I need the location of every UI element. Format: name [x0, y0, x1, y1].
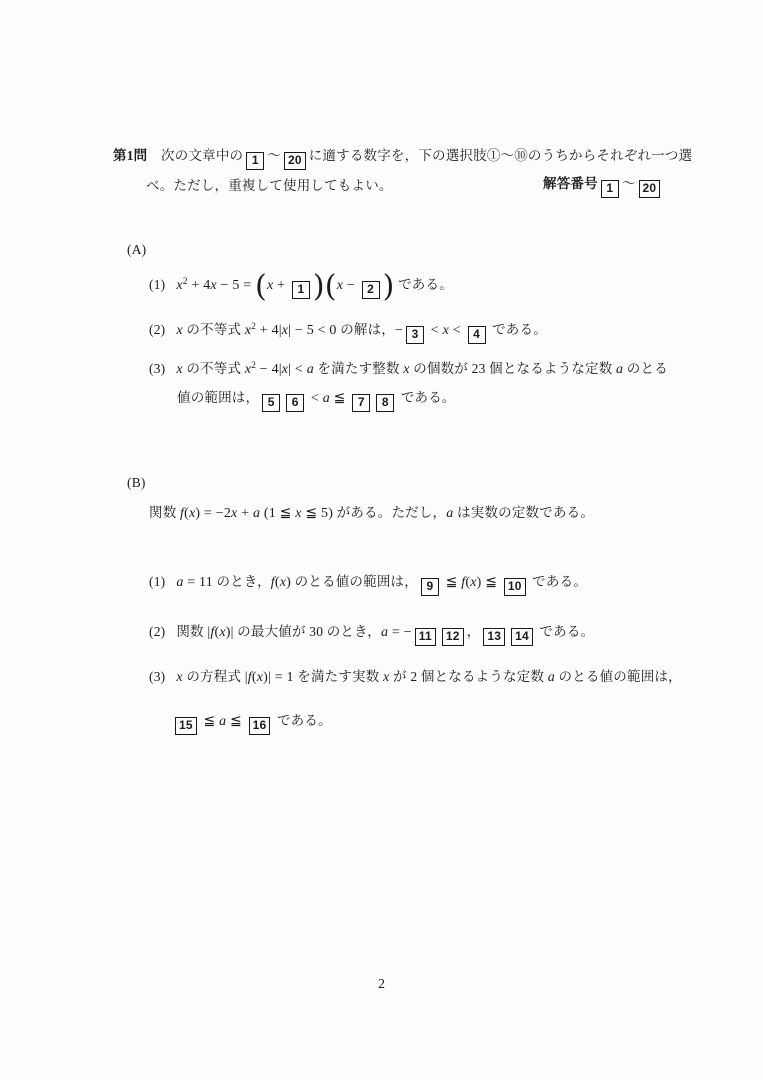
- math-segment: − 5 =: [217, 278, 255, 293]
- item-b3-line1: (3)x の方程式 |f(x)| = 1 を満たす実数 x が 2 個となるよう…: [149, 667, 682, 688]
- item-marker: (2): [149, 322, 165, 337]
- answer-box-10: 10: [504, 578, 526, 596]
- math-segment: +: [237, 506, 253, 521]
- math-segment: a: [323, 391, 330, 406]
- answer-box-5: 5: [262, 394, 280, 412]
- math-segment: | <: [288, 362, 307, 377]
- text-segment: 次の文章中の: [147, 148, 243, 163]
- text-segment: は実数の定数である。: [453, 505, 594, 520]
- answer-box-12: 12: [442, 628, 464, 646]
- text-segment: のとき，: [213, 574, 271, 589]
- math-segment: −: [343, 278, 359, 293]
- math-segment: )|: [226, 625, 234, 640]
- text-segment: (A): [127, 242, 146, 257]
- text-segment: 関数: [149, 505, 180, 520]
- text-segment: が 2 個となるような定数: [389, 669, 547, 684]
- math-segment: a: [176, 575, 183, 590]
- text-segment: である。: [536, 624, 594, 639]
- math-segment: )| = 1: [263, 670, 294, 685]
- text-segment: 値の範囲は，: [177, 390, 259, 405]
- text-segment: である。: [273, 713, 331, 728]
- section-a-label: (A): [127, 240, 146, 260]
- math-segment: ) = −2: [195, 506, 231, 521]
- math-segment: + 4|: [256, 323, 282, 338]
- answer-box-1: 1: [292, 281, 310, 299]
- answer-box-8: 8: [376, 394, 394, 412]
- math-segment: ≦ 5): [302, 506, 333, 521]
- math-segment: −: [395, 323, 403, 338]
- text-segment: がある。ただし，: [333, 505, 446, 520]
- text-segment: である。: [489, 322, 547, 337]
- paren-glyph: ): [313, 269, 325, 304]
- answer-box-6: 6: [286, 394, 304, 412]
- answer-box-16: 16: [249, 717, 271, 735]
- answer-box-20: 20: [284, 152, 306, 170]
- section-b-intro: 関数 f(x) = −2x + a (1 ≦ x ≦ 5) がある。ただし，a …: [149, 503, 594, 524]
- answer-box-3: 3: [406, 326, 424, 344]
- exam-page: 第1問 次の文章中の1〜20に適する数字を，下の選択肢①〜⑩のうちからそれぞれ一…: [0, 0, 763, 1080]
- item-a1: (1)x2 + 4x − 5 = (x + 1)(x − 2) である。: [149, 272, 453, 299]
- item-b3-line2: 15 ≦ a ≦ 16 である。: [172, 711, 332, 735]
- text-segment: 〜: [267, 148, 281, 163]
- item-marker: (1): [149, 574, 165, 589]
- math-segment: +: [273, 278, 289, 293]
- math-segment: (1 ≦: [260, 506, 295, 521]
- answer-box-15: 15: [175, 717, 197, 735]
- math-segment: ) ≦: [477, 575, 501, 590]
- math-segment: ≦: [442, 575, 461, 590]
- math-segment: ≦: [226, 714, 245, 729]
- item-b1: (1)a = 11 のとき，f(x) のとる値の範囲は，9 ≦ f(x) ≦ 1…: [149, 572, 587, 596]
- text-segment: の解は，: [337, 322, 395, 337]
- text-segment: のとる値の範囲は，: [555, 669, 682, 684]
- text-segment: の不等式: [183, 322, 245, 337]
- answer-box-20: 20: [639, 180, 661, 198]
- page-number: 2: [0, 977, 763, 993]
- text-segment: に適する数字を，下の選択肢①〜⑩のうちからそれぞれ一つ選: [309, 148, 693, 163]
- math-segment: − 4|: [256, 362, 282, 377]
- item-a3-line2: 値の範囲は，56 < a ≦ 78 である。: [177, 388, 456, 412]
- text-segment: の個数が 23 個となるような定数: [410, 361, 616, 376]
- math-segment: | − 5 < 0: [288, 323, 336, 338]
- math-segment: ≦: [330, 391, 349, 406]
- item-b2: (2)関数 |f(x)| の最大値が 30 のとき，a = −1112，1314…: [149, 622, 594, 646]
- text-segment: (B): [127, 475, 146, 490]
- problem1-header-line1: 第1問 次の文章中の1〜20に適する数字を，下の選択肢①〜⑩のうちからそれぞれ一…: [113, 146, 692, 170]
- math-segment: a: [307, 362, 314, 377]
- math-segment: = −: [388, 625, 412, 640]
- text-segment: の不等式: [183, 361, 245, 376]
- item-a3-line1: (3)x の不等式 x2 − 4|x| < a を満たす整数 x の個数が 23…: [149, 356, 668, 380]
- answer-box-9: 9: [421, 578, 439, 596]
- answer-box-14: 14: [511, 628, 533, 646]
- text-segment: ，: [467, 624, 481, 639]
- answer-box-2: 2: [362, 281, 380, 299]
- answer-number-range: 解答番号1〜20: [543, 174, 663, 198]
- answer-box-1: 1: [246, 152, 264, 170]
- math-segment: <: [307, 391, 323, 406]
- text-segment: のとる値の範囲は，: [291, 574, 418, 589]
- answer-box-4: 4: [468, 326, 486, 344]
- text-segment: のとる: [623, 361, 668, 376]
- text-segment: である。: [395, 277, 453, 292]
- paren-glyph: ): [383, 269, 395, 304]
- bold-text-segment: 第1問: [113, 148, 147, 163]
- math-segment: <: [427, 323, 443, 338]
- item-marker: (2): [149, 624, 165, 639]
- item-marker: (3): [149, 361, 165, 376]
- text-segment: である。: [529, 574, 587, 589]
- text-segment: の方程式: [183, 669, 245, 684]
- text-segment: の最大値が 30 のとき，: [234, 624, 381, 639]
- bold-text-segment: 解答番号: [543, 176, 598, 191]
- answer-box-1: 1: [601, 180, 619, 198]
- text-segment: 関数: [176, 624, 207, 639]
- text-segment: を満たす実数: [294, 669, 383, 684]
- text-segment: である。: [397, 390, 455, 405]
- text-segment: 〜: [622, 176, 636, 191]
- problem1-header-line2: べ。ただし，重複して使用してもよい。: [146, 176, 393, 196]
- answer-box-7: 7: [352, 394, 370, 412]
- paren-glyph: (: [255, 269, 267, 304]
- answer-box-11: 11: [415, 628, 436, 646]
- math-segment: = 11: [184, 575, 213, 590]
- item-a2: (2)x の不等式 x2 + 4|x| − 5 < 0 の解は，−3 < x <…: [149, 317, 547, 344]
- item-marker: (1): [149, 277, 165, 292]
- paren-glyph: (: [325, 269, 337, 304]
- math-segment: a: [548, 670, 555, 685]
- text-segment: べ。ただし，重複して使用してもよい。: [146, 178, 393, 193]
- math-segment: ≦: [200, 714, 219, 729]
- math-segment: + 4: [188, 278, 211, 293]
- answer-box-13: 13: [483, 628, 505, 646]
- math-segment: <: [449, 323, 465, 338]
- text-segment: を満たす整数: [314, 361, 403, 376]
- section-b-label: (B): [127, 473, 146, 493]
- item-marker: (3): [149, 669, 165, 684]
